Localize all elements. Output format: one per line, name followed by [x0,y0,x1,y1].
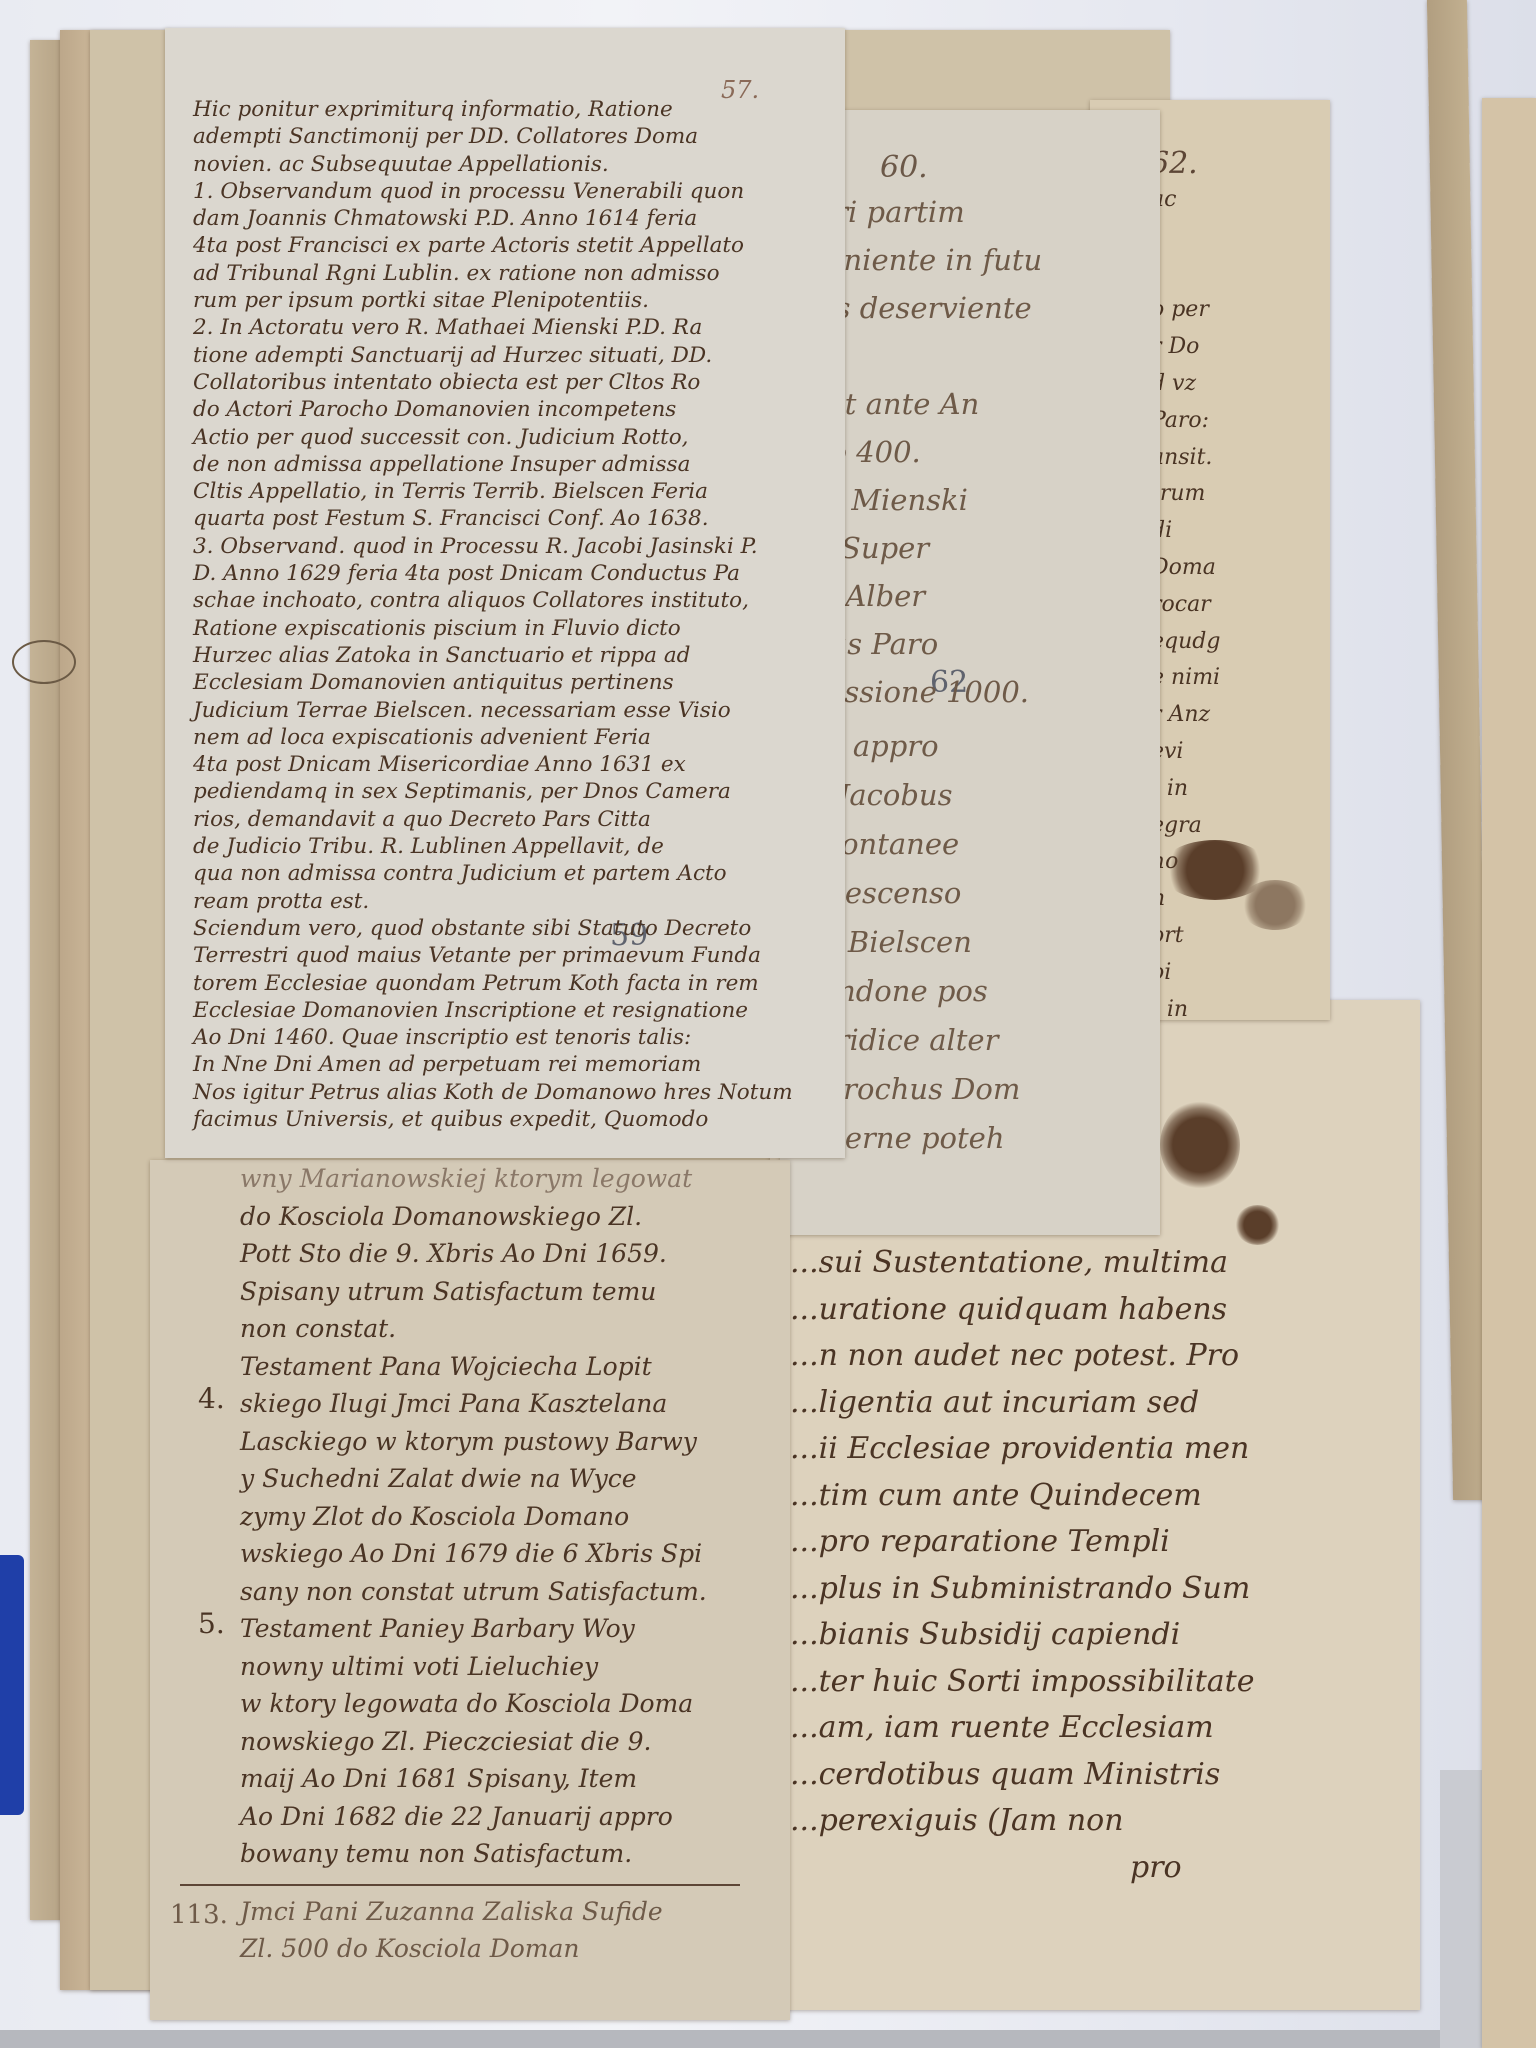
text-line: maij Ao Dni 1681 Spisany, Item [240,1760,707,1798]
text-line: de Judicio Tribu. R. Lublinen Appellavit… [193,833,793,860]
text-line: Ecclesiae Domanovien Inscriptione et res… [193,997,793,1024]
text-line: Ao Dni 1460. Quae inscriptio est tenoris… [193,1024,793,1051]
item-number: 4. [198,1385,225,1413]
text-line: Ecclesiam Domanovien antiquitus pertinen… [193,669,793,696]
text-line: ...perexiguis (Jam non [790,1798,1254,1845]
text-line: Pott Sto die 9. Xbris Ao Dni 1659. [240,1235,707,1273]
text-line: pediendamq in sex Septimanis, per Dnos C… [193,778,793,805]
text-line: ...plus in Subministrando Sum [790,1566,1254,1613]
text-line: bowany temu non Satisfactum. [240,1835,707,1873]
text-line: nowskiego Zl. Pieczciesiat die 9. [240,1723,707,1761]
text-line: ...cerdotibus quam Ministris [790,1752,1254,1799]
text-line: rios, demandavit a quo Decreto Pars Citt… [193,806,793,833]
text-line: Nos igitur Petrus alias Koth de Domanowo… [193,1079,793,1106]
text-line: ...pro reparatione Templi [790,1519,1254,1566]
text-line: non constat. [240,1310,707,1348]
text-line: ...uratione quidquam habens [790,1287,1254,1334]
text-line: ...bianis Subsidij capiendi [790,1612,1254,1659]
text-line: 4ta post Francisci ex parte Actoris stet… [193,232,793,259]
leaf-lower-left: 4. 5. 113. wny Marianowskiej ktorym lego… [150,1160,790,2020]
text-line: qua non admissa contra Judicium et parte… [193,860,793,887]
text-line: 4ta post Dnicam Misericordiae Anno 1631 … [193,751,793,778]
text-line: Hic ponitur exprimiturq informatio, Rati… [193,96,793,123]
blue-object-edge [0,1555,24,1815]
text-line: Ao Dni 1682 die 22 Januarij appro [240,1798,707,1836]
text-line: quarta post Festum S. Francisci Conf. Ao… [193,505,793,532]
leaf-lower-left-text: wny Marianowskiej ktorym legowat do Kosc… [240,1160,707,1968]
text-line: Jmci Pani Zuzanna Zaliska Sufide [240,1893,707,1931]
text-line: y Suchedni Zalat dwie na Wyce [240,1460,707,1498]
text-line: Testament Paniey Barbary Woy [240,1610,707,1648]
text-line: pro [790,1845,1254,1892]
text-line: ...ligentia aut incuriam sed [790,1380,1254,1427]
binding-thread [12,640,76,684]
text-line: Judicium Terrae Bielscen. necessariam es… [193,697,793,724]
text-line: zymy Zlot do Kosciola Domano [240,1498,707,1536]
ink-stain [1235,1205,1280,1245]
text-line: 2. In Actoratu vero R. Mathaei Mienski P… [193,314,793,341]
text-line: ...ter huic Sorti impossibilitate [790,1659,1254,1706]
text-line: nem ad loca expiscationis advenient Feri… [193,724,793,751]
text-line: sany non constat utrum Satisfactum. [240,1573,707,1611]
text-line: Cltis Appellatio, in Terris Terrib. Biel… [193,478,793,505]
text-line: 3. Observand. quod in Processu R. Jacobi… [193,533,793,560]
item-number: 5. [198,1610,225,1638]
text-line: Testament Pana Wojciecha Lopit [240,1348,707,1386]
text-line: schae inchoato, contra aliquos Collatore… [193,587,793,614]
text-line: Lasckiego w ktorym pustowy Barwy [240,1423,707,1461]
text-line: do Kosciola Domanowskiego Zl. [240,1198,707,1236]
text-line: ...tim cum ante Quindecem [790,1473,1254,1520]
text-line: 1. Observandum quod in processu Venerabi… [193,178,793,205]
text-line: Spisany utrum Satisfactum temu [240,1273,707,1311]
text-line: dam Joannis Chmatowski P.D. Anno 1614 fe… [193,205,793,232]
text-line: D. Anno 1629 feria 4ta post Dnicam Condu… [193,560,793,587]
text-line: ...ii Ecclesiae providentia men [790,1426,1254,1473]
text-line: w ktory legowata do Kosciola Doma [240,1685,707,1723]
item-number: 113. [170,1902,228,1928]
text-line: novien. ac Subsequutae Appellationis. [193,151,793,178]
folio-number: 60. [880,150,928,185]
text-line: Terrestri quod maius Vetante per primaev… [193,942,793,969]
text-line: facimus Universis, et quibus expedit, Qu… [193,1106,793,1133]
text-line: nowny ultimi voti Lieluchiey [240,1648,707,1686]
text-line: Ratione expiscationis piscium in Fluvio … [193,615,793,642]
text-line: ...am, iam ruente Ecclesiam [790,1705,1254,1752]
text-line: Zl. 500 do Kosciola Doman [240,1930,707,1968]
text-line: Hurzec alias Zatoka in Sanctuario et rip… [193,642,793,669]
text-line: torem Ecclesiae quondam Petrum Koth fact… [193,970,793,997]
text-line: ream protta est. [193,888,793,915]
text-line: Actio per quod successit con. Judicium R… [193,424,793,451]
leaf-folio-57: 57. 59 Hic ponitur exprimiturq informati… [165,28,845,1158]
text-line: ...sui Sustentatione, multima [790,1240,1254,1287]
leaf-folio-57-text: Hic ponitur exprimiturq informatio, Rati… [193,96,793,1133]
leaf-lower-right-text: ...sui Sustentatione, multima ...uration… [790,1240,1254,1891]
text-line: do Actori Parocho Domanovien incompetens [193,396,793,423]
text-line: de non admissa appellatione Insuper admi… [193,451,793,478]
text-line: In Nne Dni Amen ad perpetuam rei memoria… [193,1051,793,1078]
cardboard-folder [1482,98,1536,2048]
text-line: rum per ipsum portki sitae Plenipotentii… [193,287,793,314]
ink-stain [1160,1100,1240,1190]
text-line: wskiego Ao Dni 1679 die 6 Xbris Spi [240,1535,707,1573]
text-line: tione adempti Sanctuarij ad Hurzec situa… [193,342,793,369]
text-line: wny Marianowskiej ktorym legowat [240,1160,707,1198]
ink-stain [1240,880,1310,930]
text-line: ad Tribunal Rgni Lublin. ex ratione non … [193,260,793,287]
text-line: Sciendum vero, quod obstante sibi Statut… [193,915,793,942]
text-line: ...n non audet nec potest. Pro [790,1333,1254,1380]
text-line: adempti Sanctimonij per DD. Collatores D… [193,123,793,150]
text-line: Collatoribus intentato obiecta est per C… [193,369,793,396]
table-surface-edge [0,2030,1536,2048]
text-line: skiego Ilugi Jmci Pana Kasztelana [240,1385,707,1423]
